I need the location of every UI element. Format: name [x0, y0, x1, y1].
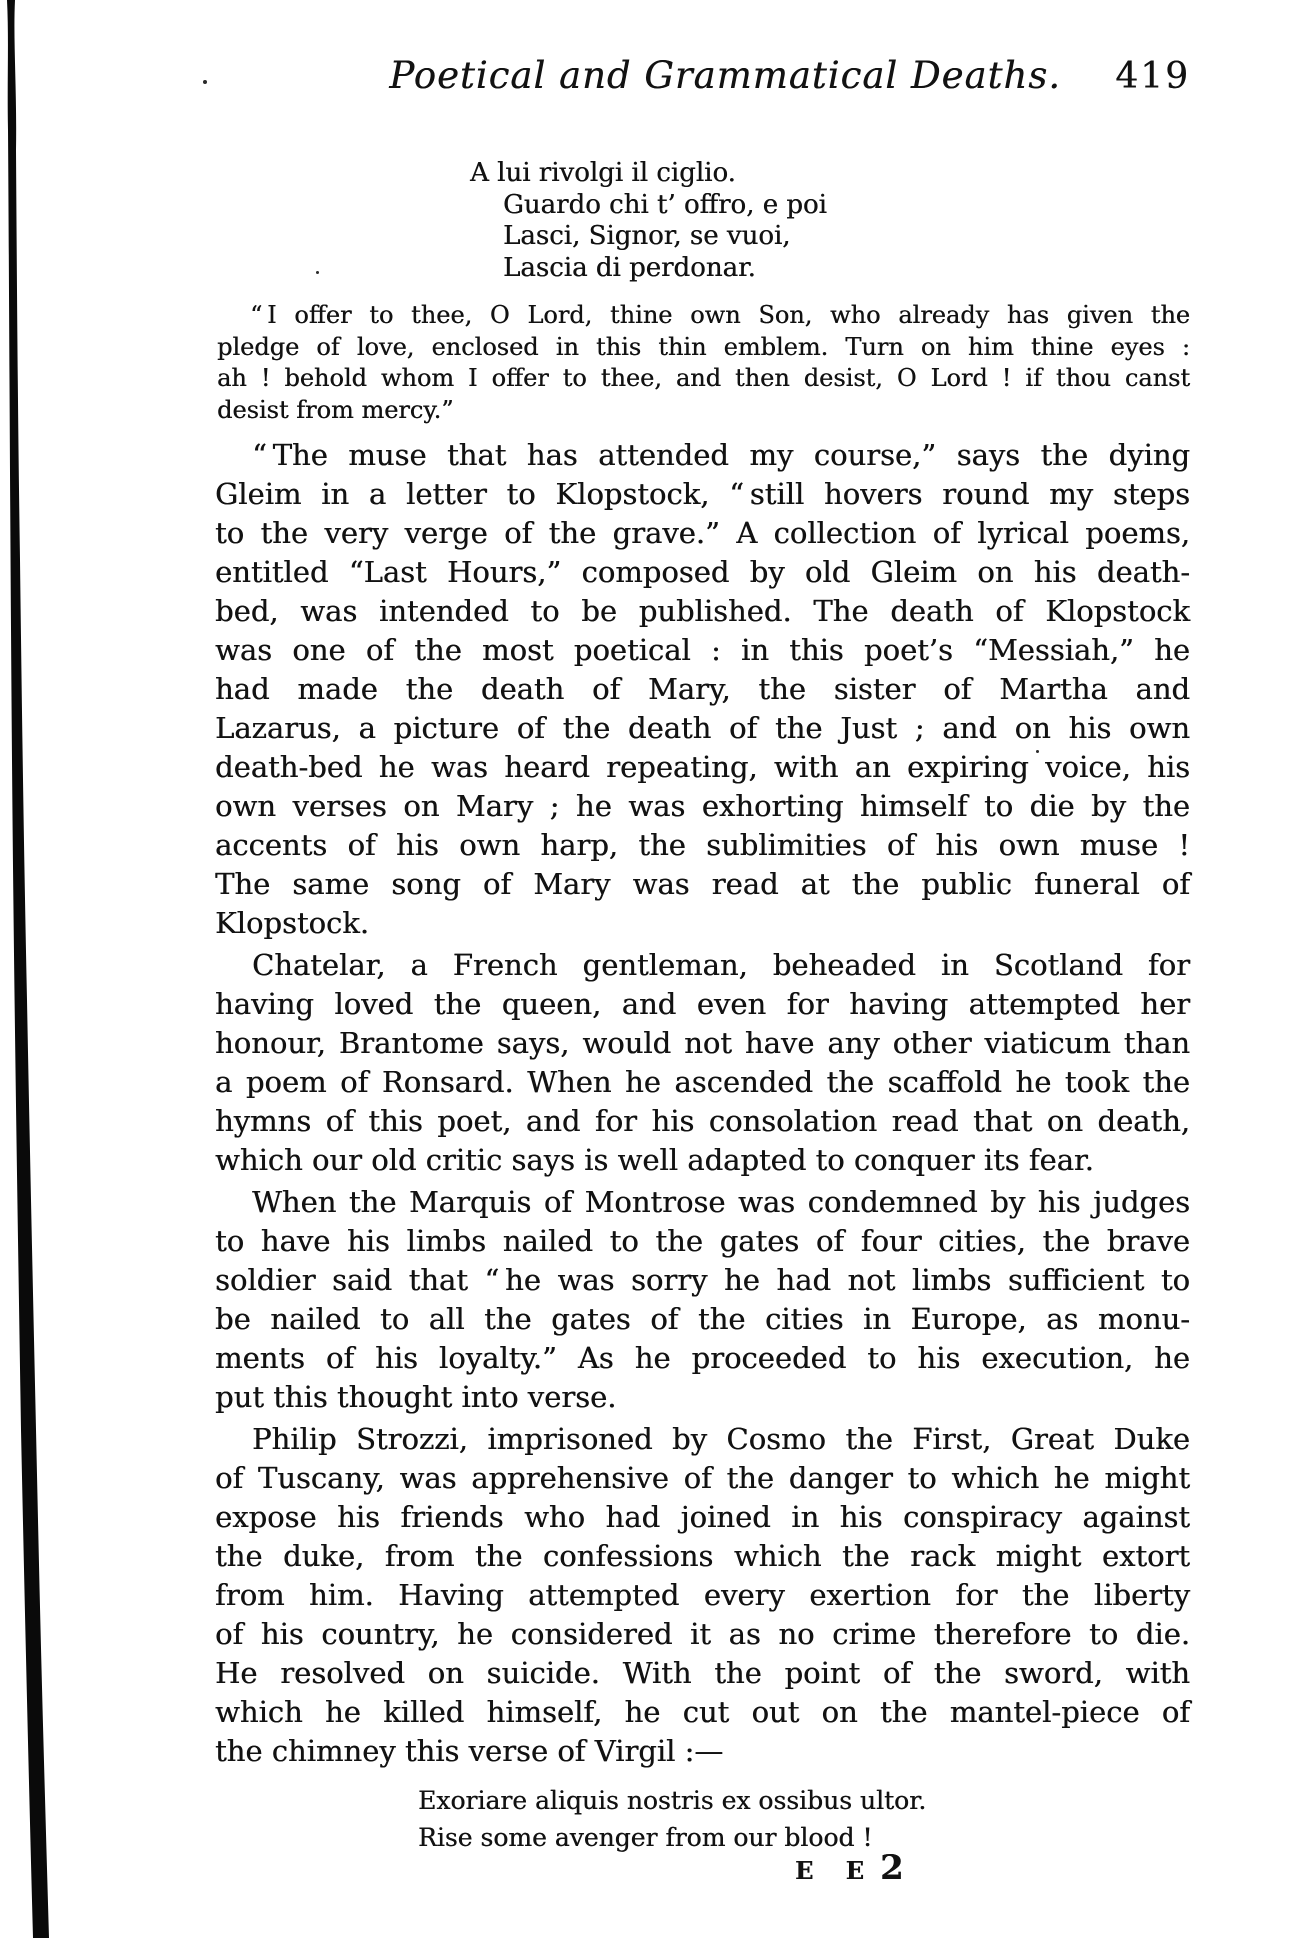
running-header: Poetical and Grammatical Deaths. 419: [215, 54, 1190, 97]
text-line: to have his limbs nailed to the gates of…: [215, 1222, 1190, 1261]
text-line: the duke, from the confessions which the…: [215, 1537, 1190, 1576]
signature-numeral: 2: [880, 1848, 904, 1888]
page-title: Poetical and Grammatical Deaths.: [215, 54, 1115, 97]
text-line: of Tuscany, was apprehensive of the dang…: [215, 1459, 1190, 1498]
text-line: entitled “Last Hours,” composed by old G…: [215, 553, 1190, 592]
text-line: Gleim in a letter to Klopstock, “ still …: [215, 475, 1190, 514]
text-line: Chatelar, a French gentleman, beheaded i…: [215, 946, 1190, 985]
text-line: was one of the most poetical : in this p…: [215, 631, 1190, 670]
text-line: own verses on Mary ; he was exhorting hi…: [215, 787, 1190, 826]
text-line: soldier said that “ he was sorry he had …: [215, 1261, 1190, 1300]
binding-shadow: [0, 0, 60, 1938]
scan-speck: [203, 80, 207, 84]
text-line: having loved the queen, and even for hav…: [215, 985, 1190, 1024]
text-line: honour, Brantome says, would not have an…: [215, 1024, 1190, 1063]
text-line: which our old critic says is well adapte…: [215, 1141, 1190, 1180]
page-number: 419: [1115, 56, 1190, 97]
text-line: pledge of love, enclosed in this thin em…: [217, 332, 1190, 364]
body-paragraph-gleim: “ The muse that has attended my course,”…: [215, 436, 1190, 943]
text-line: the chimney this verse of Virgil :—: [215, 1732, 1190, 1771]
translation-quote-paragraph: “ I offer to thee, O Lord, thine own Son…: [217, 300, 1190, 426]
text-line: from him. Having attempted every exertio…: [215, 1576, 1190, 1615]
body-paragraph-strozzi: Philip Strozzi, imprisoned by Cosmo the …: [215, 1420, 1190, 1771]
text-line: Lazarus, a picture of the death of the J…: [215, 709, 1190, 748]
text-line: Guardo chi t’ offro, e poi: [503, 190, 827, 222]
signature-letters: E E: [795, 1856, 876, 1885]
text-line: The same song of Mary was read at the pu…: [215, 865, 1190, 904]
text-line: to the very verge of the grave.” A colle…: [215, 514, 1190, 553]
text-line: Klopstock.: [215, 904, 1190, 943]
text-line: be nailed to all the gates of the cities…: [215, 1300, 1190, 1339]
body-paragraph-montrose: When the Marquis of Montrose was condemn…: [215, 1183, 1190, 1417]
text-line: desist from mercy.”: [217, 395, 1190, 427]
text-line: expose his friends who had joined in his…: [215, 1498, 1190, 1537]
body-text: “ The muse that has attended my course,”…: [215, 436, 1190, 1774]
text-line: death-bed he was heard repeating, with a…: [215, 748, 1190, 787]
scan-speck: [316, 271, 319, 274]
text-line: accents of his own harp, the sublimities…: [215, 826, 1190, 865]
text-line: When the Marquis of Montrose was condemn…: [215, 1183, 1190, 1222]
text-line: A lui rivolgi il ciglio.: [470, 158, 827, 190]
text-line: hymns of this poet, and for his consolat…: [215, 1102, 1190, 1141]
text-line: “ I offer to thee, O Lord, thine own Son…: [217, 300, 1190, 332]
text-line: “ The muse that has attended my course,”…: [215, 436, 1190, 475]
text-line: Lasci, Signor, se vuoi,: [503, 221, 827, 253]
body-paragraph-chatelar: Chatelar, a French gentleman, beheaded i…: [215, 946, 1190, 1180]
italian-verse-block: A lui rivolgi il ciglio.Guardo chi t’ of…: [503, 158, 827, 284]
text-line: put this thought into verse.: [215, 1378, 1190, 1417]
text-line: had made the death of Mary, the sister o…: [215, 670, 1190, 709]
text-line: of his country, he considered it as no c…: [215, 1615, 1190, 1654]
printer-signature: E E 2: [795, 1848, 904, 1888]
text-line: ah ! behold whom I offer to thee, and th…: [217, 363, 1190, 395]
text-line: bed, was intended to be published. The d…: [215, 592, 1190, 631]
text-line: Exoriare aliquis nostris ex ossibus ulto…: [418, 1782, 926, 1819]
latin-verse-block: Exoriare aliquis nostris ex ossibus ulto…: [418, 1782, 926, 1856]
text-line: which he killed himself, he cut out on t…: [215, 1693, 1190, 1732]
scanned-book-page: Poetical and Grammatical Deaths. 419 A l…: [0, 0, 1293, 1938]
text-line: Lascia di perdonar.: [503, 253, 827, 285]
text-line: He resolved on suicide. With the point o…: [215, 1654, 1190, 1693]
text-line: a poem of Ronsard. When he ascended the …: [215, 1063, 1190, 1102]
text-line: Philip Strozzi, imprisoned by Cosmo the …: [215, 1420, 1190, 1459]
text-line: ments of his loyalty.” As he proceeded t…: [215, 1339, 1190, 1378]
